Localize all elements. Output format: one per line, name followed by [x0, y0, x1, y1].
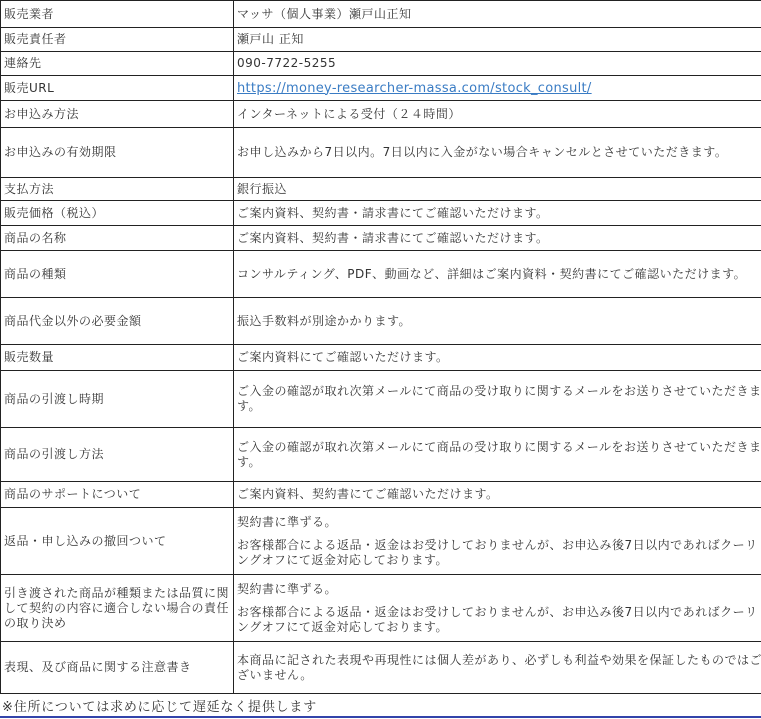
- table-row-additional-fees: 商品代金以外の必要金額 振込手数料が別途かかります。: [1, 298, 761, 345]
- row-label: お申込み方法: [1, 101, 234, 128]
- row-label: 商品代金以外の必要金額: [1, 298, 234, 345]
- table-row-product-type: 商品の種類 コンサルティング、PDF、動画など、詳細はご案内資料・契約書にてご確…: [1, 251, 761, 298]
- row-label: 販売業者: [1, 1, 234, 28]
- row-label: 商品の名称: [1, 226, 234, 251]
- row-value: ご案内資料にてご確認いただけます。: [234, 345, 761, 371]
- table-row-order-method: お申込み方法 インターネットによる受付（２４時間）: [1, 101, 761, 128]
- table-row-sales-url: 販売URL https://money-researcher-massa.com…: [1, 76, 761, 101]
- table-row-responsible-person: 販売責任者 瀬戸山 正知: [1, 28, 761, 52]
- commerce-disclosure-table: 販売業者 マッサ（個人事業）瀬戸山正知 販売責任者 瀬戸山 正知 連絡先 090…: [0, 0, 761, 694]
- row-label: 販売数量: [1, 345, 234, 371]
- row-value: ご案内資料、契約書・請求書にてご確認いただけます。: [234, 226, 761, 251]
- row-label: 商品の引渡し時期: [1, 371, 234, 428]
- table-row-sales-quantity: 販売数量 ご案内資料にてご確認いただけます。: [1, 345, 761, 371]
- row-value: https://money-researcher-massa.com/stock…: [234, 76, 761, 101]
- row-label: 販売責任者: [1, 28, 234, 52]
- row-label: 商品の引渡し方法: [1, 428, 234, 482]
- row-value: 契約書に準ずる。 お客様都合による返品・返金はお受けしておりませんが、お申込み後…: [234, 508, 761, 575]
- table-row-product-name: 商品の名称 ご案内資料、契約書・請求書にてご確認いただけます。: [1, 226, 761, 251]
- table-row-delivery-time: 商品の引渡し時期 ご入金の確認が取れ次第メールにて商品の受け取りに関するメールを…: [1, 371, 761, 428]
- table-row-support: 商品のサポートについて ご案内資料、契約書にてご確認いただけます。: [1, 482, 761, 508]
- row-value: ご入金の確認が取れ次第メールにて商品の受け取りに関するメールをお送りさせていただ…: [234, 371, 761, 428]
- table-row-price: 販売価格（税込） ご案内資料、契約書・請求書にてご確認いただけます。: [1, 201, 761, 226]
- table-row-disclaimer: 表現、及び商品に関する注意書き 本商品に記された表現や再現性には個人差があり、必…: [1, 642, 761, 694]
- row-value: 瀬戸山 正知: [234, 28, 761, 52]
- row-label: 商品の種類: [1, 251, 234, 298]
- row-value: ご案内資料、契約書にてご確認いただけます。: [234, 482, 761, 508]
- table-row-returns: 返品・申し込みの撤回ついて 契約書に準ずる。 お客様都合による返品・返金はお受け…: [1, 508, 761, 575]
- row-value-line: 契約書に準ずる。: [237, 515, 761, 530]
- row-value: お申し込みから7日以内。7日以内に入金がない場合キャンセルとさせていただきます。: [234, 128, 761, 178]
- row-label: 連絡先: [1, 52, 234, 76]
- row-value-line: お客様都合による返品・返金はお受けしておりませんが、お申込み後7日以内であればク…: [237, 538, 761, 568]
- table-row-payment-method: 支払方法 銀行振込: [1, 178, 761, 201]
- table-row-seller: 販売業者 マッサ（個人事業）瀬戸山正知: [1, 1, 761, 28]
- row-value: インターネットによる受付（２４時間）: [234, 101, 761, 128]
- row-value: コンサルティング、PDF、動画など、詳細はご案内資料・契約書にてご確認いただけま…: [234, 251, 761, 298]
- row-value: 本商品に記された表現や再現性には個人差があり、必ずしも利益や効果を保証したもので…: [234, 642, 761, 694]
- bottom-divider: [0, 716, 761, 718]
- row-label: 返品・申し込みの撤回ついて: [1, 508, 234, 575]
- row-value: 振込手数料が別途かかります。: [234, 298, 761, 345]
- row-label: 表現、及び商品に関する注意書き: [1, 642, 234, 694]
- row-value: ご入金の確認が取れ次第メールにて商品の受け取りに関するメールをお送りさせていただ…: [234, 428, 761, 482]
- address-footnote: ※住所については求めに応じて遅延なく提供します: [2, 696, 317, 715]
- row-label: お申込みの有効期限: [1, 128, 234, 178]
- row-value: ご案内資料、契約書・請求書にてご確認いただけます。: [234, 201, 761, 226]
- table-row-nonconformity-liability: 引き渡された商品が種類または品質に関して契約の内容に適合しない場合の責任の取り決…: [1, 575, 761, 642]
- row-value: 090-7722-5255: [234, 52, 761, 76]
- row-value: 契約書に準ずる。 お客様都合による返品・返金はお受けしておりませんが、お申込み後…: [234, 575, 761, 642]
- row-value: マッサ（個人事業）瀬戸山正知: [234, 1, 761, 28]
- table-row-order-validity: お申込みの有効期限 お申し込みから7日以内。7日以内に入金がない場合キャンセルと…: [1, 128, 761, 178]
- row-label: 販売価格（税込）: [1, 201, 234, 226]
- sales-url-link[interactable]: https://money-researcher-massa.com/stock…: [237, 81, 592, 96]
- row-value-line: 契約書に準ずる。: [237, 582, 761, 597]
- row-label: 支払方法: [1, 178, 234, 201]
- table-row-contact: 連絡先 090-7722-5255: [1, 52, 761, 76]
- row-label: 引き渡された商品が種類または品質に関して契約の内容に適合しない場合の責任の取り決…: [1, 575, 234, 642]
- row-value-line: お客様都合による返品・返金はお受けしておりませんが、お申込み後7日以内であればク…: [237, 605, 761, 635]
- table-row-delivery-method: 商品の引渡し方法 ご入金の確認が取れ次第メールにて商品の受け取りに関するメールを…: [1, 428, 761, 482]
- row-label: 販売URL: [1, 76, 234, 101]
- row-value: 銀行振込: [234, 178, 761, 201]
- row-label: 商品のサポートについて: [1, 482, 234, 508]
